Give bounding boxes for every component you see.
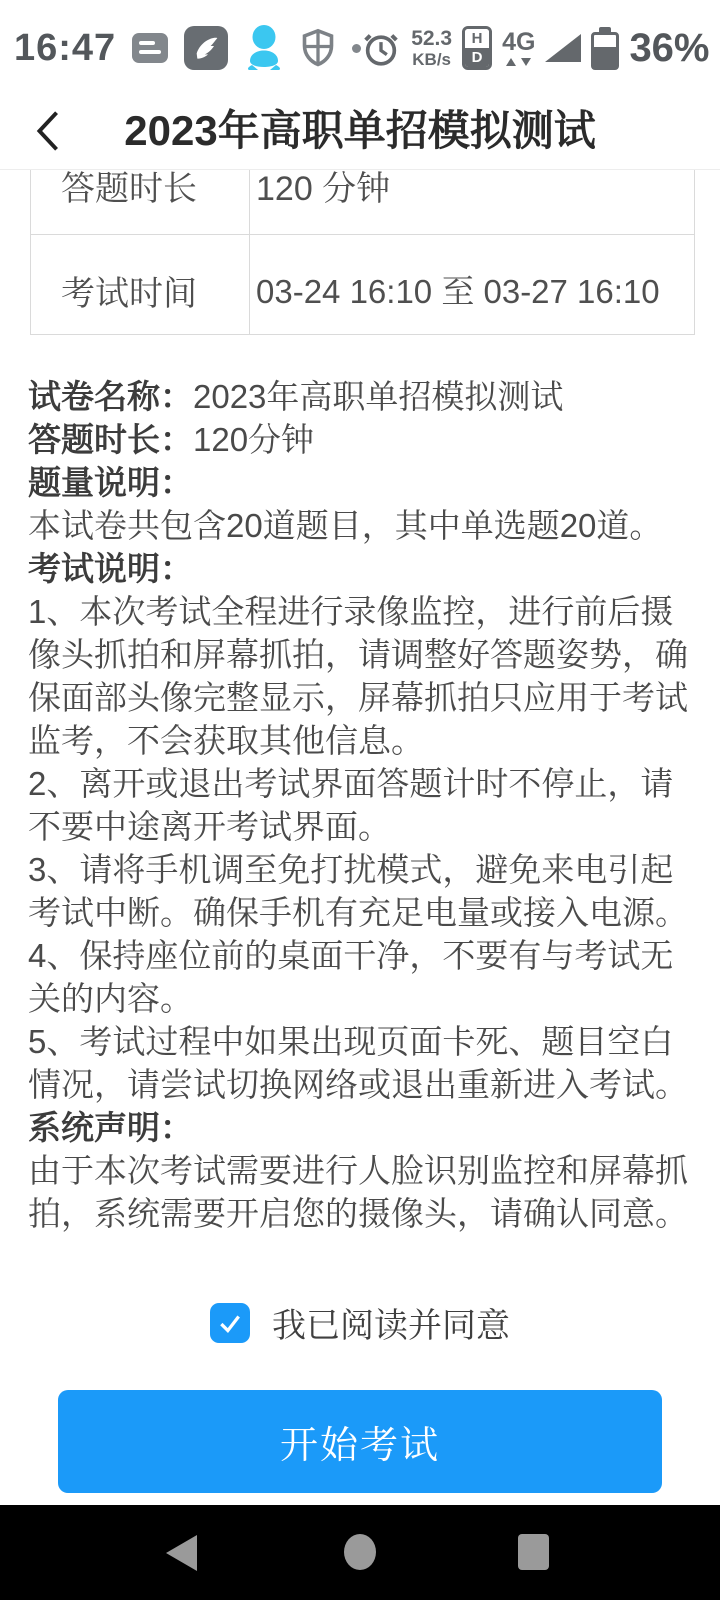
table-row-divider	[31, 234, 695, 235]
instruction-item-4: 4、保持座位前的桌面干净，不要有与考试无关的内容。	[28, 934, 692, 1020]
nav-recents-icon[interactable]	[518, 1534, 549, 1570]
status-left-cluster: 16:47	[14, 25, 361, 71]
network-speed-unit: KB/s	[412, 51, 451, 68]
page-title: 2023年高职单招模拟测试	[0, 95, 720, 161]
paper-name-line: 试卷名称：2023年高职单招模拟测试	[28, 375, 692, 418]
nav-home-icon[interactable]	[344, 1534, 376, 1570]
agreement-checkbox[interactable]	[210, 1303, 250, 1343]
wing-icon	[190, 32, 222, 64]
table-column-divider	[249, 170, 250, 335]
quantity-heading: 题量说明：	[28, 461, 692, 504]
system-text: 由于本次考试需要进行人脸识别监控和屏幕抓拍，系统需要开启您的摄像头，请确认同意。	[28, 1149, 692, 1235]
instructions-heading: 考试说明：	[28, 547, 692, 590]
instruction-item-5: 5、考试过程中如果出现页面卡死、题目空白情况，请尝试切换网络或退出重新进入考试。	[28, 1020, 692, 1106]
system-heading: 系统声明：	[28, 1106, 692, 1149]
exam-info-table: 答题时长 120 分钟 考试时间 03-24 16:10 至 03-27 16:…	[30, 170, 695, 335]
agreement-label[interactable]: 我已阅读并同意	[272, 1298, 510, 1347]
clock-time: 16:47	[14, 27, 116, 70]
exam-intro-screen: 16:47	[0, 0, 720, 1600]
table-row-value-duration: 120 分钟	[256, 170, 390, 210]
nav-back-icon[interactable]	[166, 1535, 197, 1571]
instruction-item-1: 1、本次考试全程进行录像监控，进行前后摄像头抓拍和屏幕抓拍，请调整好答题姿势，确…	[28, 590, 692, 762]
qq-notification-icon	[244, 25, 284, 71]
data-arrows-icon	[506, 58, 531, 66]
message-notification-icon	[132, 33, 168, 63]
duration-line: 答题时长：120分钟	[28, 418, 692, 461]
table-row-label-duration: 答题时长	[61, 170, 197, 210]
duration-label: 答题时长：	[28, 421, 193, 458]
quantity-text: 本试卷共包含20道题目，其中单选题20道。	[28, 504, 692, 547]
status-bar: 16:47	[0, 16, 720, 80]
check-icon	[217, 1310, 243, 1336]
battery-percent: 36%	[629, 26, 709, 71]
instruction-item-3: 3、请将手机调至免打扰模式，避免来电引起考试中断。确保手机有充足电量或接入电源。	[28, 848, 692, 934]
app-header: 2023年高职单招模拟测试	[0, 95, 720, 170]
table-row-value-exam-time: 03-24 16:10 至 03-27 16:10	[256, 266, 660, 313]
volte-hd-icon: H D	[462, 26, 492, 70]
signal-strength-icon	[545, 34, 581, 62]
agreement-row: 我已阅读并同意	[0, 1298, 720, 1347]
table-row-label-exam-time: 考试时间	[61, 266, 197, 315]
exam-details-text: 试卷名称：2023年高职单招模拟测试 答题时长：120分钟 题量说明： 本试卷共…	[28, 375, 692, 1235]
android-nav-bar	[0, 1505, 720, 1600]
start-exam-button[interactable]: 开始考试	[58, 1390, 662, 1493]
paper-name-value: 2023年高职单招模拟测试	[193, 378, 563, 415]
battery-icon	[591, 27, 619, 70]
alarm-clock-icon	[361, 28, 401, 68]
network-type-indicator: 4G	[502, 30, 535, 66]
back-button[interactable]	[26, 107, 70, 155]
instruction-item-2: 2、离开或退出考试界面答题计时不停止，请不要中途离开考试界面。	[28, 762, 692, 848]
overflow-dot-icon	[352, 44, 361, 53]
duration-value: 120分钟	[193, 421, 314, 458]
paper-name-label: 试卷名称：	[28, 378, 193, 415]
dingtalk-notification-icon	[184, 26, 228, 70]
network-speed-value: 52.3	[411, 28, 452, 49]
network-speed-indicator: 52.3 KB/s	[411, 28, 452, 68]
security-shield-icon	[300, 28, 336, 68]
status-right-cluster: 52.3 KB/s H D 4G 36%	[361, 26, 709, 71]
chevron-left-icon	[30, 109, 66, 153]
